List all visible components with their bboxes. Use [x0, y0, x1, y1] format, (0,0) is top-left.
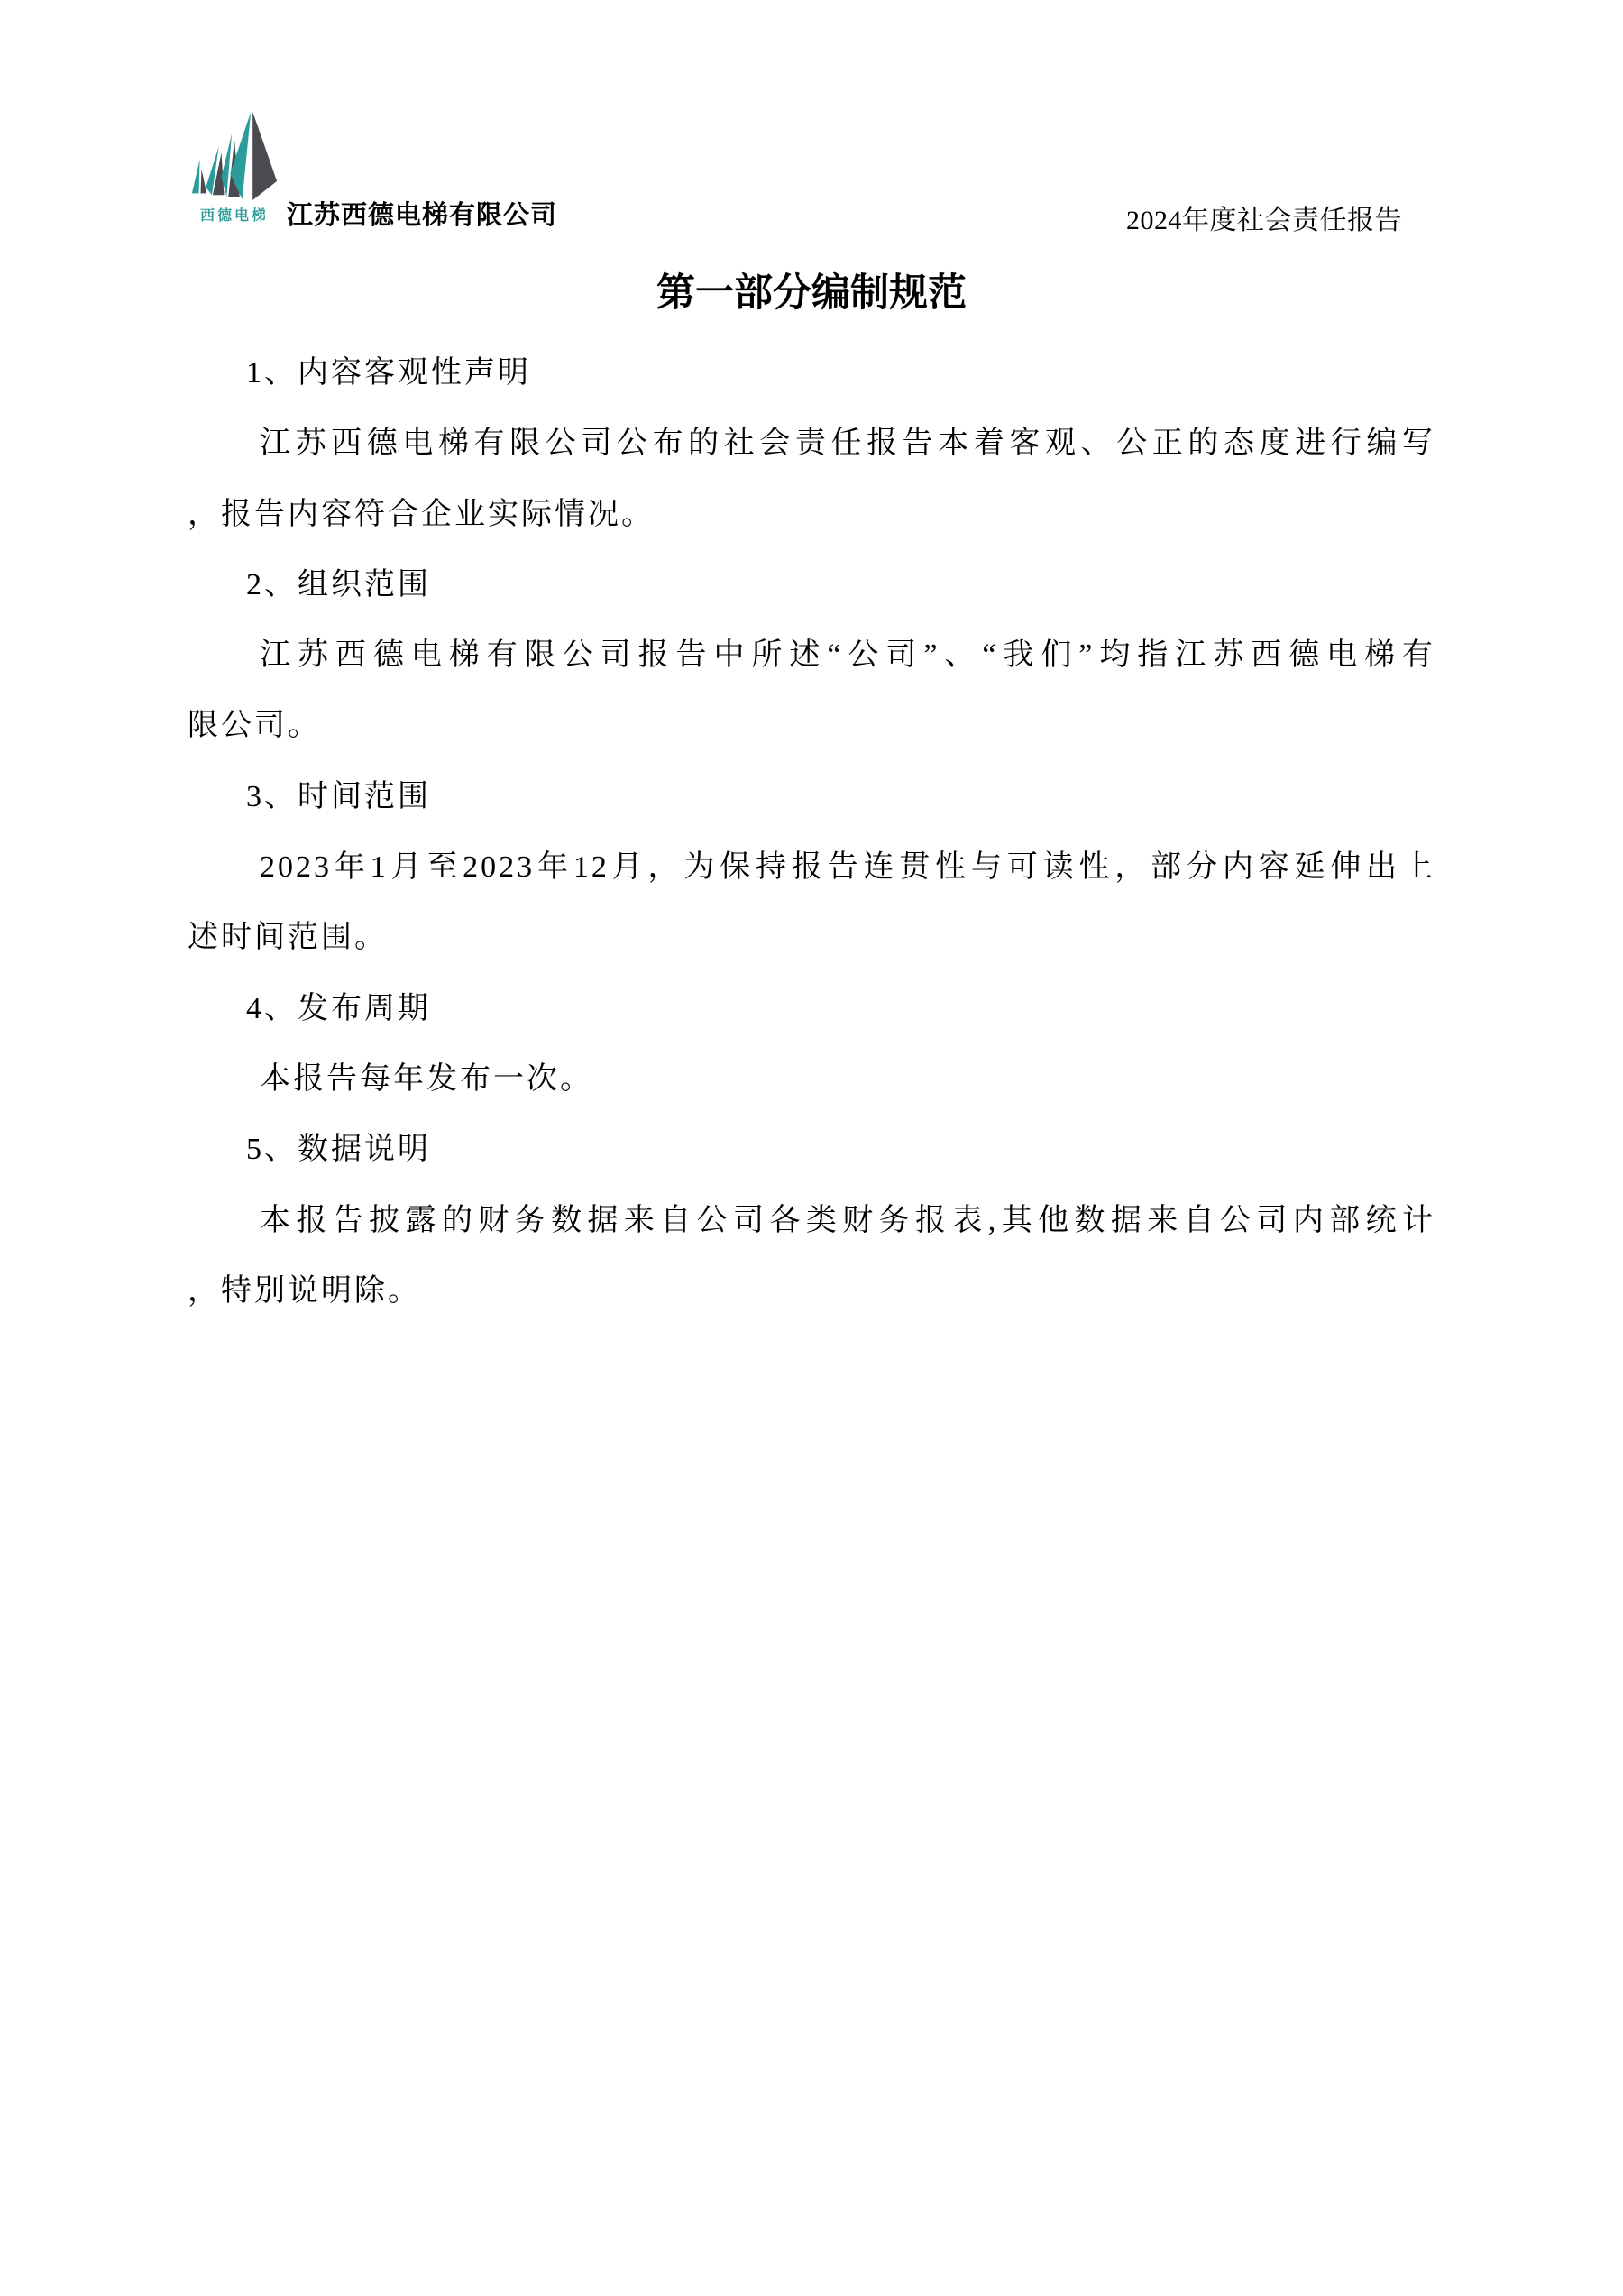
paragraph-line: 江苏西德电梯有限公司公布的社会责任报告本着客观、公正的态度进行编写	[188, 409, 1435, 479]
section-heading: 2、组织范围	[188, 550, 1435, 620]
paragraph-line: ，特别说明除。	[188, 1256, 1435, 1327]
paragraph-line: 本报告披露的财务数据来自公司各类财务报表,其他数据来自公司内部统计	[188, 1186, 1435, 1256]
section-heading: 4、发布周期	[188, 974, 1435, 1044]
company-name: 江苏西德电梯有限公司	[287, 195, 557, 232]
paragraph-line: 江苏西德电梯有限公司报告中所述“公司”、“我们”均指江苏西德电梯有	[188, 620, 1435, 691]
company-logo-icon	[189, 109, 280, 203]
paragraph-line: 2023年1月至2023年12月，为保持报告连贯性与可读性，部分内容延伸出上	[188, 832, 1435, 903]
page-header: 西德电梯 江苏西德电梯有限公司 2024年度社会责任报告	[0, 0, 1623, 234]
paragraph-line: 本报告每年发布一次。	[188, 1044, 1435, 1115]
section-heading: 3、时间范围	[188, 762, 1435, 832]
logo-wordmark: 西德电梯	[185, 204, 284, 225]
report-title: 2024年度社会责任报告	[1126, 197, 1402, 237]
section-heading: 5、数据说明	[188, 1115, 1435, 1185]
page-title: 第一部分编制规范	[0, 262, 1623, 317]
report-page: 西德电梯 江苏西德电梯有限公司 2024年度社会责任报告 第一部分编制规范 1、…	[0, 0, 1623, 2296]
document-body: 1、内容客观性声明 江苏西德电梯有限公司公布的社会责任报告本着客观、公正的态度进…	[188, 338, 1435, 1327]
paragraph-line: ，报告内容符合企业实际情况。	[188, 480, 1435, 550]
section-heading: 1、内容客观性声明	[188, 338, 1435, 409]
paragraph-line: 限公司。	[188, 691, 1435, 761]
paragraph-line: 述时间范围。	[188, 903, 1435, 973]
